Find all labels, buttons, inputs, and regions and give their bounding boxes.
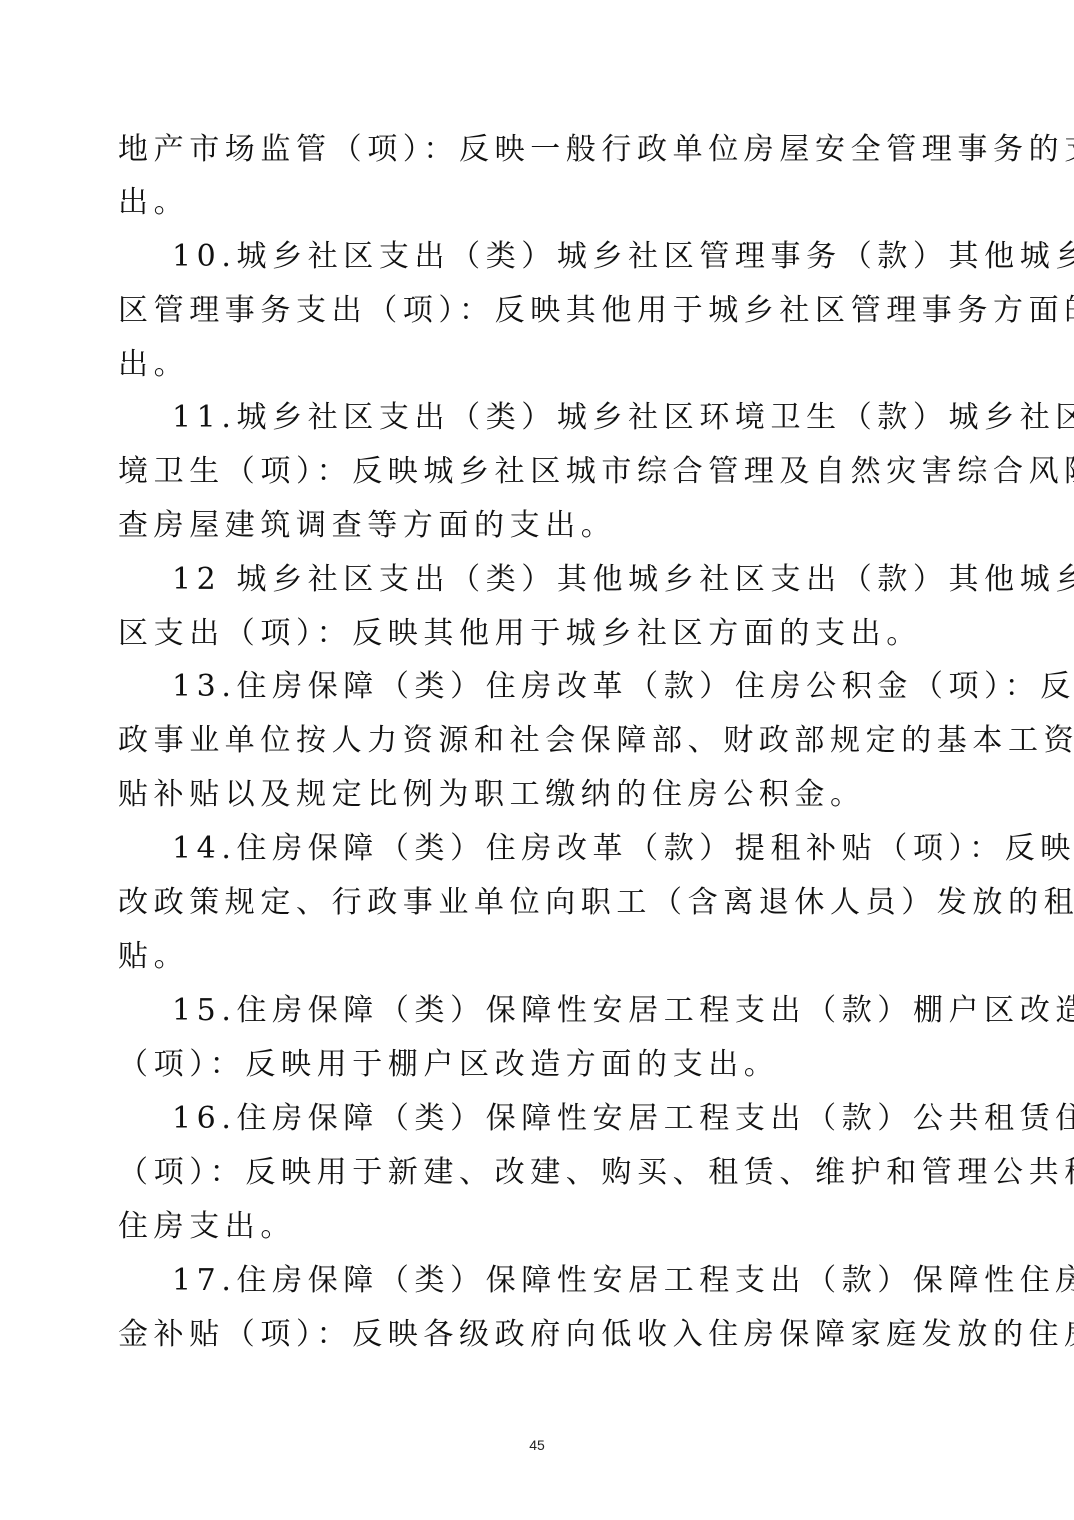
text-line-5: 出。 (118, 345, 958, 385)
text-line-10: 区支出（项）：反映其他用于城乡社区方面的支出。 (118, 614, 958, 654)
text-line-23: 金补贴（项）：反映各级政府向低收入住房保障家庭发放的住房租 (118, 1315, 958, 1355)
item-14-heading: 14.住房保障（类）住房改革（款）提租补贴（项）：反映按房 (172, 829, 958, 869)
item-16-heading: 16.住房保障（类）保障性安居工程支出（款）公共租赁住房 (172, 1099, 958, 1139)
text-line-21: 住房支出。 (118, 1207, 958, 1247)
text-line-13: 贴补贴以及规定比例为职工缴纳的住房公积金。 (118, 775, 958, 815)
page-number: 45 (0, 1436, 1074, 1454)
text-line-1: 地产市场监管（项）：反映一般行政单位房屋安全管理事务的支 (118, 130, 958, 170)
item-15-heading: 15.住房保障（类）保障性安居工程支出（款）棚户区改造 (172, 991, 958, 1031)
item-11-heading: 11.城乡社区支出（类）城乡社区环境卫生（款）城乡社区环 (172, 398, 958, 438)
item-10-heading: 10.城乡社区支出（类）城乡社区管理事务（款）其他城乡社 (172, 237, 958, 277)
item-17-heading: 17.住房保障（类）保障性安居工程支出（款）保障性住房租 (172, 1261, 958, 1301)
document-page: 地产市场监管（项）：反映一般行政单位房屋安全管理事务的支 出。 10.城乡社区支… (0, 0, 1074, 1520)
text-line-15: 改政策规定、行政事业单位向职工（含离退休人员）发放的租金补 (118, 883, 958, 923)
text-line-20: （项）：反映用于新建、改建、购买、租赁、维护和管理公共租赁 (118, 1153, 958, 1193)
text-line-7: 境卫生（项）：反映城乡社区城市综合管理及自然灾害综合风险普 (118, 452, 958, 492)
text-line-2: 出。 (118, 183, 958, 223)
text-line-4: 区管理事务支出（项）：反映其他用于城乡社区管理事务方面的支 (118, 291, 958, 331)
item-13-heading: 13.住房保障（类）住房改革（款）住房公积金（项）：反映行 (172, 667, 958, 707)
text-line-16: 贴。 (118, 937, 958, 977)
item-12-heading: 12 城乡社区支出（类）其他城乡社区支出（款）其他城乡社 (172, 560, 958, 600)
text-line-8: 查房屋建筑调查等方面的支出。 (118, 506, 958, 546)
text-line-18: （项）：反映用于棚户区改造方面的支出。 (118, 1045, 958, 1085)
text-line-12: 政事业单位按人力资源和社会保障部、财政部规定的基本工资和津 (118, 721, 958, 761)
